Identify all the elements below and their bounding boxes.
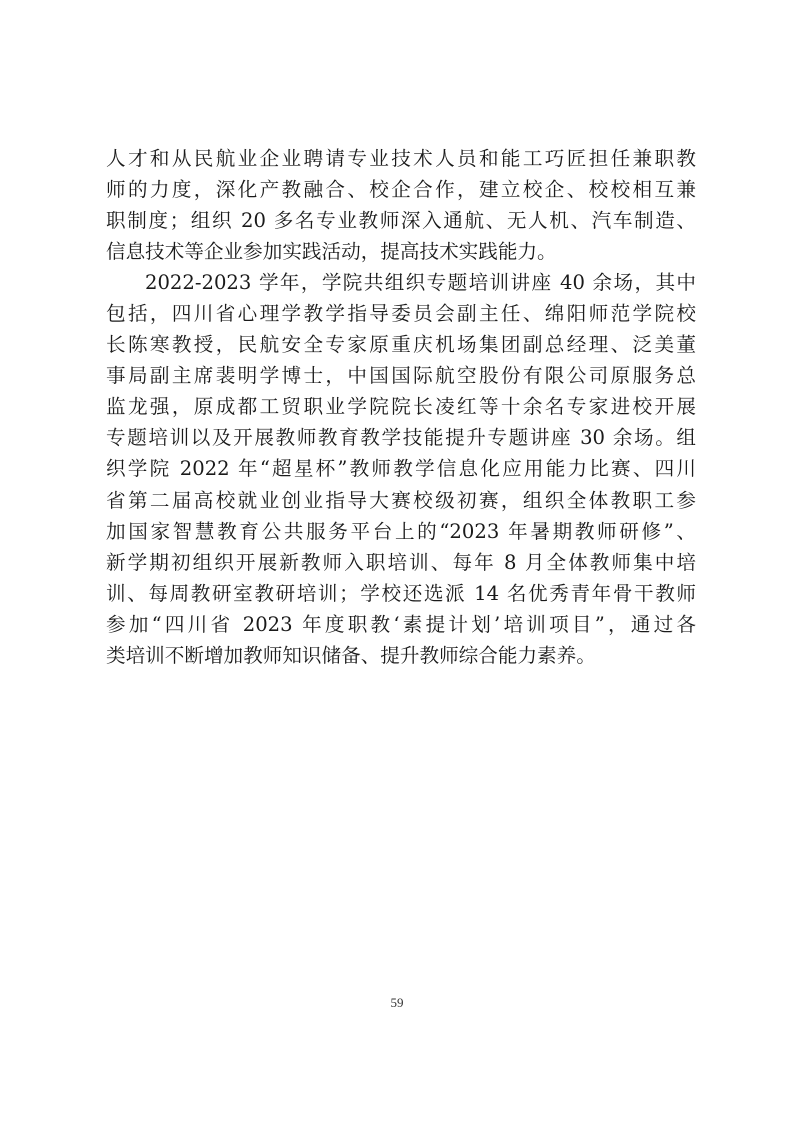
text-line: 2022-2023 学年，学院共组织专题培训讲座 40 余场，其中: [106, 267, 696, 298]
page-number: 59: [0, 995, 794, 1011]
text-line: 职制度；组织 20 多名专业教师深入通航、无人机、汽车制造、: [106, 205, 696, 236]
text-line: 师的力度，深化产教融合、校企合作，建立校企、校校相互兼: [106, 174, 696, 205]
text-line: 长陈寒教授，民航安全专家原重庆机场集团副总经理、泛美董: [106, 329, 696, 360]
text-line: 加国家智慧教育公共服务平台上的“2023 年暑期教师研修”、: [106, 516, 696, 547]
text-line: 监龙强，原成都工贸职业学院院长凌红等十余名专家进校开展: [106, 391, 696, 422]
paragraph-1: 人才和从民航业企业聘请专业技术人员和能工巧匠担任兼职教 师的力度，深化产教融合、…: [106, 143, 696, 267]
paragraph-2: 2022-2023 学年，学院共组织专题培训讲座 40 余场，其中 包括，四川省…: [106, 267, 696, 671]
text-line: 训、每周教研室教研培训；学校还选派 14 名优秀青年骨干教师: [106, 578, 696, 609]
body-text: 人才和从民航业企业聘请专业技术人员和能工巧匠担任兼职教 师的力度，深化产教融合、…: [106, 143, 696, 671]
text-line: 包括，四川省心理学教学指导委员会副主任、绵阳师范学院校: [106, 298, 696, 329]
text-line: 信息技术等企业参加实践活动，提高技术实践能力。: [106, 236, 696, 267]
text-line: 事局副主席裴明学博士，中国国际航空股份有限公司原服务总: [106, 360, 696, 391]
text-line: 织学院 2022 年“超星杯”教师教学信息化应用能力比赛、四川: [106, 453, 696, 484]
text-line: 人才和从民航业企业聘请专业技术人员和能工巧匠担任兼职教: [106, 143, 696, 174]
text-line: 新学期初组织开展新教师入职培训、每年 8 月全体教师集中培: [106, 547, 696, 578]
text-line: 省第二届高校就业创业指导大赛校级初赛，组织全体教职工参: [106, 485, 696, 516]
document-page: 人才和从民航业企业聘请专业技术人员和能工巧匠担任兼职教 师的力度，深化产教融合、…: [0, 0, 794, 1122]
text-line: 参加“四川省 2023 年度职教‘素提计划’培训项目”，通过各: [106, 609, 696, 640]
text-line: 专题培训以及开展教师教育教学技能提升专题讲座 30 余场。组: [106, 422, 696, 453]
text-line: 类培训不断增加教师知识储备、提升教师综合能力素养。: [106, 640, 696, 671]
